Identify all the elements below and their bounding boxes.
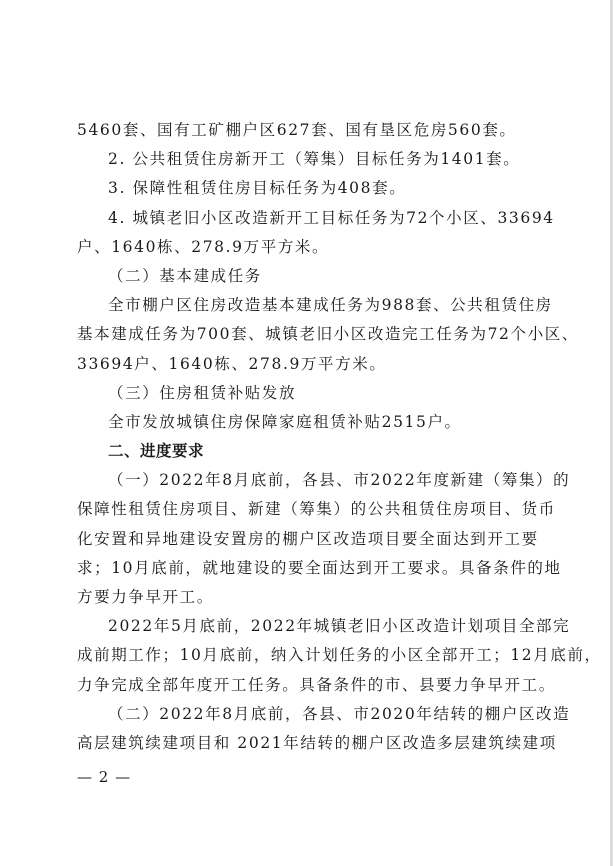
paragraph-line: 成前期工作；10月底前，纳入计划任务的小区全部开工；12月底前， xyxy=(77,641,531,670)
section-heading-progress-requirements: 二、进度要求 xyxy=(77,437,531,466)
document-body: 5460套、国有工矿棚户区627套、国有垦区危房560套。 2. 公共租赁住房新… xyxy=(77,116,531,758)
list-item-old-community-target: 4. 城镇老旧小区改造新开工目标任务为72个小区、33694 xyxy=(77,204,531,233)
paragraph-line: 高层建筑续建项目和 2021年结转的棚户区改造多层建筑续建项 xyxy=(77,729,531,758)
paragraph-line: 保障性租赁住房项目、新建（筹集）的公共租赁住房项目、货币 xyxy=(77,495,531,524)
paragraph-line: 方要力争早开工。 xyxy=(77,583,531,612)
text-line: 户、1640栋、278.9万平方米。 xyxy=(77,233,531,262)
paragraph-line: 全市发放城镇住房保障家庭租赁补贴2515户。 xyxy=(77,408,531,437)
page-number: — 2 — xyxy=(77,768,131,786)
paragraph-line: 基本建成任务为700套、城镇老旧小区改造完工任务为72个小区、 xyxy=(77,320,531,349)
paragraph-line: 求；10月底前，就地建设的要全面达到开工要求。具备条件的地 xyxy=(77,554,531,583)
text-line: 5460套、国有工矿棚户区627套、国有垦区危房560套。 xyxy=(77,116,531,145)
paragraph-line: 化安置和异地建设安置房的棚户区改造项目要全面达到开工要 xyxy=(77,525,531,554)
list-item-affordable-rental-target: 3. 保障性租赁住房目标任务为408套。 xyxy=(77,174,531,203)
section-subheading-basic-completion: （二）基本建成任务 xyxy=(77,262,531,291)
section-subheading-rental-subsidy: （三）住房租赁补贴发放 xyxy=(77,379,531,408)
paragraph-line: 2022年5月底前，2022年城镇老旧小区改造计划项目全部完 xyxy=(77,612,531,641)
list-item-public-rental-target: 2. 公共租赁住房新开工（筹集）目标任务为1401套。 xyxy=(77,145,531,174)
paragraph-line: 33694户、1640栋、278.9万平方米。 xyxy=(77,350,531,379)
paragraph-line: （一）2022年8月底前，各县、市2022年度新建（筹集）的 xyxy=(77,466,531,495)
paragraph-line: 力争完成全部年度开工任务。具备条件的市、县要力争早开工。 xyxy=(77,671,531,700)
paragraph-line: （二）2022年8月底前，各县、市2020年结转的棚户区改造 xyxy=(77,700,531,729)
paragraph-line: 全市棚户区住房改造基本建成任务为988套、公共租赁住房 xyxy=(77,291,531,320)
document-page: 5460套、国有工矿棚户区627套、国有垦区危房560套。 2. 公共租赁住房新… xyxy=(0,0,610,866)
